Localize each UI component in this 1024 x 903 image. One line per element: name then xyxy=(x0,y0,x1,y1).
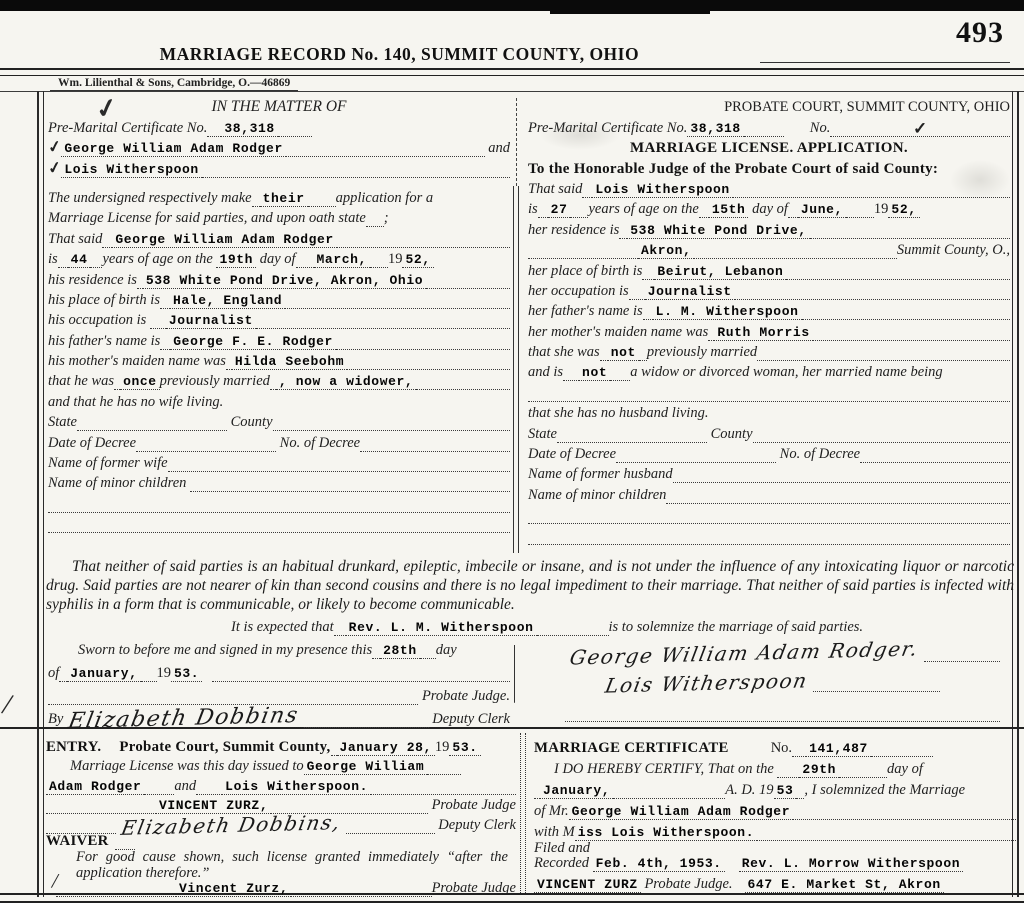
dotted-rule xyxy=(802,317,1011,320)
dotted-rule xyxy=(286,154,485,157)
dotted-rule xyxy=(141,679,157,682)
printed-label: ; xyxy=(384,210,389,227)
printed-label: day of xyxy=(256,251,295,268)
typed-value: George William Adam Rodger xyxy=(112,232,336,248)
spacer xyxy=(48,657,78,659)
form-line: Name of former husband xyxy=(528,463,1010,483)
printed-label: that she was xyxy=(528,344,600,361)
dotted-rule xyxy=(643,317,653,320)
dotted-rule xyxy=(796,796,804,799)
waiver-judge-line: Vincent Zurz,Probate Judge xyxy=(56,878,516,897)
form-line: Recorded Feb. 4th, 1953.Rev. L. Morrow W… xyxy=(534,857,1016,873)
dotted-rule xyxy=(426,286,510,289)
dotted-rule xyxy=(777,775,799,778)
page-number: 493 xyxy=(956,16,1004,50)
printed-label: Date of Decree xyxy=(48,435,136,452)
dotted-rule xyxy=(196,792,222,795)
form-line: Marriage License for said parties, and u… xyxy=(48,207,510,227)
bride-name-line: ✓Lois Witherspoon xyxy=(48,157,510,177)
dotted-rule xyxy=(788,215,798,218)
groom-residence: 538 White Pond Drive, Akron, Ohio xyxy=(143,273,426,289)
printed-label: his father's name is xyxy=(48,333,160,350)
printed-label: his place of birth is xyxy=(48,292,160,309)
dotted-rule xyxy=(144,792,174,795)
printed-label: That said xyxy=(528,181,582,198)
scan-smudge xyxy=(540,120,620,150)
printed-label: Probate Judge. xyxy=(418,688,510,705)
dotted-rule xyxy=(372,656,380,659)
printer-mark: Wm. Lilienthal & Sons, Cambridge, O.—468… xyxy=(50,77,298,91)
dotted-rule xyxy=(336,347,510,350)
typed-value: their xyxy=(260,191,308,207)
spacer xyxy=(202,680,212,682)
spacer xyxy=(545,720,565,722)
printed-label: Name of minor children xyxy=(48,475,190,492)
printed-label: is xyxy=(528,201,538,218)
header-thin-rule xyxy=(0,91,1024,92)
printed-label: County xyxy=(707,426,753,443)
bride-birthplace: Beirut, Lebanon xyxy=(654,264,786,280)
probate-court-heading-text: PROBATE COURT, SUMMIT COUNTY, OHIO xyxy=(724,99,1010,116)
dotted-rule xyxy=(102,245,112,248)
form-line: State County xyxy=(48,411,510,431)
entry-heading-line: ENTRY.Probate Court, Summit County,Janua… xyxy=(46,736,516,756)
form-line: her place of birth isBeirut, Lebanon xyxy=(528,259,1010,279)
column-divider-dashed xyxy=(516,98,517,186)
printed-label: years of age on the xyxy=(588,201,698,218)
certificate-number: 141,487 xyxy=(806,741,871,757)
form-line: and that he has no wife living. xyxy=(48,390,510,410)
deputy-clerk-signature: Elizabeth Dobbins xyxy=(60,703,307,734)
officiant-name: Rev. L. M. Witherspoon xyxy=(346,620,537,636)
form-line: State County xyxy=(528,422,1010,442)
typed-value: iss Lois Witherspoon. xyxy=(575,825,757,841)
printed-label: Probate Judge xyxy=(428,797,516,814)
dotted-rule xyxy=(753,440,1010,443)
dotted-rule xyxy=(839,775,887,778)
premarital-certificate-number: 38,318 xyxy=(687,121,743,137)
dotted-rule xyxy=(757,838,1016,841)
printed-label: his occupation is xyxy=(48,312,150,329)
dotted-rule xyxy=(613,796,725,799)
typed-value: , now a widower, xyxy=(276,374,416,390)
sworn-statement-section: Sworn to before me and signed in my pres… xyxy=(48,636,510,728)
typed-value: June, xyxy=(798,202,846,218)
printed-label: That said xyxy=(48,231,102,248)
form-line: Date of Decree No. of Decree xyxy=(528,443,1010,463)
groom-occupation: Journalist xyxy=(166,313,256,329)
printed-label: application for a xyxy=(336,190,433,207)
dotted-rule xyxy=(813,689,940,692)
printed-label: I DO HEREBY CERTIFY, That on the xyxy=(554,761,777,778)
printed-label: , I solemnized the Marriage xyxy=(804,782,965,799)
dotted-rule xyxy=(528,399,1010,402)
dotted-rule xyxy=(48,530,510,533)
dotted-rule xyxy=(924,659,1000,662)
dotted-rule xyxy=(202,175,510,178)
form-line: ofJanuary,1953. xyxy=(48,659,510,682)
marriage-certificate-section: MARRIAGE CERTIFICATENo.141,487I DO HEREB… xyxy=(534,736,1016,893)
typed-value: 53. xyxy=(449,740,480,756)
spacer xyxy=(46,773,70,775)
form-border-left xyxy=(37,91,44,897)
bride-age: 27 xyxy=(548,202,571,218)
typed-value: George William xyxy=(304,759,428,775)
filed-date: Feb. 4th, 1953. xyxy=(593,856,725,872)
premarital-certificate-line: Pre-Marital Certificate No.38,318 xyxy=(48,116,510,136)
printed-label: day of xyxy=(748,201,787,218)
dotted-rule xyxy=(160,347,170,350)
dotted-rule xyxy=(557,440,707,443)
form-line: VINCENT ZURZ Probate Judge.647 E. Market… xyxy=(534,872,1016,893)
spacer xyxy=(784,135,810,137)
printed-label: It is expected that xyxy=(231,619,334,636)
form-line: Akron,Summit County, O., xyxy=(528,239,1010,259)
form-line: his father's name isGeorge F. E. Rodger xyxy=(48,329,510,349)
groom-father-name: George F. E. Rodger xyxy=(170,334,336,350)
scan-top-edge xyxy=(0,0,1024,11)
dotted-rule xyxy=(792,754,806,757)
dotted-rule xyxy=(370,265,388,268)
spacer xyxy=(101,754,119,756)
dotted-rule xyxy=(582,195,592,198)
spacer xyxy=(725,870,739,872)
spacer xyxy=(545,690,600,692)
printed-label: State xyxy=(528,426,557,443)
form-line: Sworn to before me and signed in my pres… xyxy=(48,636,510,659)
printed-text: 19 xyxy=(157,665,172,682)
dotted-rule xyxy=(366,224,384,227)
printed-label: Name of minor children xyxy=(528,487,666,504)
bottom-section-divider xyxy=(520,733,526,893)
dotted-rule xyxy=(296,265,314,268)
dotted-rule xyxy=(252,204,260,207)
bride-mother-name: Ruth Morris xyxy=(714,325,812,341)
printed-label: Deputy Clerk xyxy=(435,817,516,834)
party-signatures-section: George William Adam Rodger.Lois Withersp… xyxy=(545,632,1000,722)
application-bride-section: PROBATE COURT, SUMMIT COUNTY, OHIOPre-Ma… xyxy=(528,96,1010,545)
dotted-rule xyxy=(337,245,510,248)
typed-value: Akron, xyxy=(638,243,694,259)
printed-label: his residence is xyxy=(48,272,137,289)
printed-label: Summit County, O., xyxy=(897,242,1010,259)
printed-label: day xyxy=(436,642,457,659)
groom-mother-name: Hilda Seebohm xyxy=(232,354,347,370)
probate-judge-name: Vincent Zurz, xyxy=(176,881,291,897)
dotted-rule xyxy=(304,725,428,728)
license-application-heading-text: MARRIAGE LICENSE. APPLICATION. xyxy=(630,140,908,157)
form-line: The undersigned respectively maketheirap… xyxy=(48,187,510,207)
form-line: That saidLois Witherspoon xyxy=(528,178,1010,198)
dotted-rule xyxy=(256,326,510,329)
printed-bold-label: To the Honorable Judge of the Probate Co… xyxy=(528,161,938,178)
waiver-heading-line: WAIVER xyxy=(46,833,516,850)
dotted-rule xyxy=(427,772,461,775)
dotted-rule xyxy=(610,378,630,381)
scan-smudge xyxy=(950,160,1010,200)
printed-text: 19 xyxy=(874,201,889,218)
printed-label: Recorded xyxy=(534,855,593,872)
form-line: his residence is538 White Pond Drive, Ak… xyxy=(48,268,510,288)
printed-label: previously married xyxy=(647,344,757,361)
typed-value: George William Adam Rodger xyxy=(569,804,793,820)
signature-divider xyxy=(514,645,515,703)
typed-value: 19th xyxy=(216,252,256,268)
spacer xyxy=(940,690,1000,692)
groom-age: 44 xyxy=(68,252,91,268)
groom-birthplace: Hale, England xyxy=(170,293,285,309)
printed-label: her place of birth is xyxy=(528,263,642,280)
dotted-rule xyxy=(600,358,608,361)
groom-name-line: ✓George William Adam Rodger and xyxy=(48,137,510,157)
spacer xyxy=(733,891,745,893)
printed-label: Deputy Clerk xyxy=(429,711,510,728)
printed-label: State xyxy=(48,414,77,431)
form-line: with Miss Lois Witherspoon. xyxy=(534,820,1016,841)
printed-label: The undersigned respectively make xyxy=(48,190,252,207)
form-line: Probate Judge. xyxy=(48,682,510,705)
printed-label: Marriage License for said parties, and u… xyxy=(48,210,366,227)
dotted-rule xyxy=(160,306,170,309)
form-line: is27years of age on the15th day ofJune,1… xyxy=(528,198,1010,218)
dotted-rule xyxy=(528,542,1010,545)
printed-label: Name of former wife xyxy=(48,455,168,472)
dotted-rule xyxy=(528,521,1010,524)
dotted-rule xyxy=(694,256,896,259)
printed-label: A. D. 19 xyxy=(725,782,773,799)
form-line xyxy=(528,504,1010,524)
form-line: her residence is538 White Pond Drive, xyxy=(528,218,1010,238)
form-line: her mother's maiden name wasRuth Morris xyxy=(528,320,1010,340)
groom-name: George William Adam Rodger xyxy=(61,141,285,157)
dotted-rule xyxy=(190,489,510,492)
form-line: Filed and xyxy=(534,841,1016,857)
bride-occupation: Journalist xyxy=(645,284,735,300)
typed-value: Adam Rodger xyxy=(46,779,144,795)
dotted-rule xyxy=(273,428,510,431)
dotted-rule xyxy=(810,236,1010,239)
dotted-rule xyxy=(786,277,1010,280)
dotted-rule xyxy=(642,277,654,280)
form-line: Name of minor children xyxy=(528,483,1010,503)
form-line: Adam RodgerandLois Witherspoon. xyxy=(46,775,516,795)
dotted-rule xyxy=(212,679,510,682)
printed-bold-label: WAIVER xyxy=(46,833,109,850)
check-mark: ✓ xyxy=(46,157,63,179)
form-line: his place of birth isHale, England xyxy=(48,289,510,309)
check-mark: ✓ xyxy=(46,136,63,158)
printed-label: her residence is xyxy=(528,222,619,239)
probate-court-heading: PROBATE COURT, SUMMIT COUNTY, OHIO xyxy=(528,96,1010,116)
printed-label: No. xyxy=(810,120,831,137)
dotted-rule xyxy=(56,894,176,897)
dotted-rule xyxy=(757,358,1010,361)
dotted-rule xyxy=(291,894,431,897)
printed-label: that she has no husband living. xyxy=(528,405,708,422)
printed-label: of Mr. xyxy=(534,803,569,820)
spacer xyxy=(534,776,554,778)
form-line xyxy=(48,178,510,187)
typed-value: Lois Witherspoon xyxy=(592,182,732,198)
form-line: Name of minor children xyxy=(48,472,510,492)
printed-label: of xyxy=(48,665,59,682)
printed-label: her occupation is xyxy=(528,283,629,300)
check-mark-on-rule: ✓ xyxy=(830,119,1010,137)
form-line: ByElizabeth Dobbins Deputy Clerk xyxy=(48,705,510,728)
document-title: MARRIAGE RECORD No. 140, SUMMIT COUNTY, … xyxy=(0,44,799,65)
dotted-rule xyxy=(58,265,68,268)
form-line: his occupation is Journalist xyxy=(48,309,510,329)
dotted-rule xyxy=(793,817,1016,820)
affidavit-paragraph: That neither of said parties is an habit… xyxy=(46,558,1014,615)
form-line: her father's name isL. M. Witherspoon xyxy=(528,300,1010,320)
dotted-rule xyxy=(150,326,166,329)
probate-judge-name: VINCENT ZURZ xyxy=(534,877,641,893)
dotted-rule xyxy=(871,754,933,757)
dotted-rule xyxy=(308,204,336,207)
printed-text: No. xyxy=(771,740,792,757)
sworn-month: January, xyxy=(67,666,140,682)
waiver-judge-line: Vincent Zurz,Probate Judge xyxy=(56,878,516,897)
officiant-address: 647 E. Market St, Akron xyxy=(745,877,944,893)
printed-label: and xyxy=(485,140,510,157)
dotted-rule xyxy=(136,449,276,452)
dotted-rule xyxy=(735,297,1010,300)
bride-name: Lois Witherspoon xyxy=(61,162,201,178)
printed-label: a widow or divorced woman, her married n… xyxy=(630,364,942,381)
dotted-rule xyxy=(278,134,312,137)
dotted-rule xyxy=(416,387,510,390)
bride-father-name: L. M. Witherspoon xyxy=(653,304,802,320)
pen-mark-margin: / xyxy=(0,687,15,722)
dotted-rule xyxy=(77,428,227,431)
form-line: Date of Decree No. of Decree xyxy=(48,431,510,451)
premarital-certificate-number: 38,318 xyxy=(221,121,277,137)
sworn-year: 53. xyxy=(171,666,202,682)
dotted-rule xyxy=(90,265,102,268)
printed-label: Probate Judge. xyxy=(641,876,733,893)
printed-label: with M xyxy=(534,824,575,841)
dotted-rule xyxy=(285,306,510,309)
form-line xyxy=(528,381,1010,401)
section-heading-text: IN THE MATTER OF xyxy=(211,98,346,116)
dotted-rule xyxy=(639,358,647,361)
printed-bold-label: Probate Court, Summit County, xyxy=(119,739,330,756)
typed-value: 52, xyxy=(888,202,919,218)
dotted-rule xyxy=(744,134,784,137)
header-double-rule xyxy=(0,68,1024,76)
printed-label: and that he has no wife living. xyxy=(48,394,223,411)
printed-label: years of age on the xyxy=(102,251,216,268)
form-line: that he wasoncepreviously married, now a… xyxy=(48,370,510,390)
printed-label: Marriage License was this day issued to xyxy=(70,758,304,775)
marriage-month: January, xyxy=(540,783,613,799)
form-line: January,A. D. 1953, I solemnized the Mar… xyxy=(534,778,1016,799)
printed-label: and xyxy=(174,778,196,795)
printed-label: Probate Judge xyxy=(432,880,516,897)
bride-residence: 538 White Pond Drive, xyxy=(627,223,809,239)
entry-date: January 28, xyxy=(337,740,435,756)
printed-label: Pre-Marital Certificate No. xyxy=(48,120,207,137)
form-line xyxy=(48,492,510,512)
form-line: that she has no husband living. xyxy=(528,402,1010,422)
typed-value: 52, xyxy=(402,252,433,268)
dotted-rule xyxy=(347,367,510,370)
dotted-rule xyxy=(565,719,1000,722)
printed-bold-label: MARRIAGE CERTIFICATE xyxy=(534,740,729,757)
dotted-rule xyxy=(570,215,588,218)
printed-label: previously married xyxy=(160,373,270,390)
dotted-rule xyxy=(673,480,1010,483)
printed-label: Date of Decree xyxy=(528,446,616,463)
form-line: That saidGeorge William Adam Rodger xyxy=(48,227,510,247)
printed-label: Sworn to before me and signed in my pres… xyxy=(78,642,372,659)
dotted-rule xyxy=(616,460,776,463)
dotted-rule xyxy=(619,236,627,239)
dotted-rule xyxy=(48,510,510,513)
sworn-day: 28th xyxy=(380,643,420,659)
spacer xyxy=(545,660,565,662)
marriage-day: 29th xyxy=(799,762,839,778)
form-line: of Mr.George William Adam Rodger xyxy=(534,799,1016,820)
printed-label: No. of Decree xyxy=(776,446,860,463)
printed-label: her father's name is xyxy=(528,303,643,320)
printed-label: County xyxy=(227,414,273,431)
printed-label: No. of Decree xyxy=(276,435,360,452)
dotted-rule xyxy=(813,338,1010,341)
form-line xyxy=(48,513,510,533)
dotted-rule xyxy=(168,469,510,472)
form-line: George William Adam Rodger. xyxy=(545,632,1000,662)
printed-bold-label: ENTRY. xyxy=(46,739,101,756)
form-line xyxy=(528,524,1010,544)
printed-label: day of xyxy=(887,761,923,778)
dotted-rule xyxy=(538,215,548,218)
printed-label: is xyxy=(48,251,58,268)
entry-section: ENTRY.Probate Court, Summit County,Janua… xyxy=(46,736,516,834)
dotted-rule xyxy=(860,460,1010,463)
form-line: is44years of age on the 19th day ofMarch… xyxy=(48,248,510,268)
form-line: his mother's maiden name wasHilda Seeboh… xyxy=(48,350,510,370)
form-line: her occupation isJournalist xyxy=(528,280,1010,300)
printed-label: and is xyxy=(528,364,563,381)
marriage-year: 53 xyxy=(774,783,797,799)
printed-text: 19 xyxy=(435,739,450,756)
spacer xyxy=(729,755,771,757)
form-line: Elizabeth Dobbins, Deputy Clerk xyxy=(46,814,516,834)
dotted-rule xyxy=(371,792,516,795)
marriage-record-page: 493 MARRIAGE RECORD No. 140, SUMMIT COUN… xyxy=(0,0,1024,903)
typed-value: not xyxy=(608,345,639,361)
printed-label: his mother's maiden name was xyxy=(48,353,226,370)
certificate-heading-line: MARRIAGE CERTIFICATENo.141,487 xyxy=(534,736,1016,757)
dotted-rule xyxy=(528,256,638,259)
typed-value: March, xyxy=(314,252,370,268)
form-line: that she wasnotpreviously married xyxy=(528,341,1010,361)
printed-label: that he was xyxy=(48,373,114,390)
dotted-rule xyxy=(59,679,67,682)
application-groom-section: IN THE MATTER OFPre-Marital Certificate … xyxy=(48,96,510,533)
form-line: and isnota widow or divorced woman, her … xyxy=(528,361,1010,381)
dotted-rule xyxy=(420,656,436,659)
typed-value: once xyxy=(120,374,160,390)
dotted-rule xyxy=(629,297,645,300)
typed-value: 15th xyxy=(709,202,749,218)
printed-label: Filed and xyxy=(534,840,590,857)
title-rule xyxy=(760,62,1010,63)
form-line: I DO HEREBY CERTIFY, That on the 29thday… xyxy=(534,757,1016,778)
dotted-rule xyxy=(207,134,221,137)
